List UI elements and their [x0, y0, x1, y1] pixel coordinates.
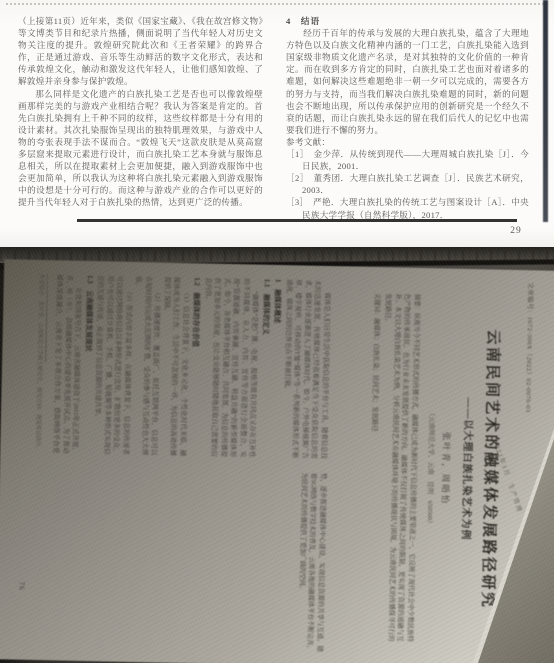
- paragraph: 那么同样是文化遗产的白族扎染工艺是否也可以像敦煌壁画那样完美的与游戏产业相结合呢…: [18, 88, 263, 209]
- footnote-block: 作者简介：张叶青，云南师范大学硕士研究生，研究方向：视觉传达设计。: [33, 274, 48, 459]
- right-margin-bar: [543, 0, 548, 222]
- journal-page-number: 76: [17, 582, 25, 591]
- article-subtitle: ——以大理白族扎染艺术为例: [457, 269, 480, 663]
- screenshot-stage: （上接第11页）近年来，类似《国家宝藏》、《我在故宫修文物》等文博类节目和纪录片…: [0, 0, 554, 663]
- reference-item: ［2］ 董秀团．大理白族扎染工艺调查［J］．民族艺术研究，2003．: [286, 172, 529, 196]
- references-label: 参考文献：: [286, 136, 529, 148]
- section-heading-conclusion: 4 结语: [286, 15, 529, 27]
- scan-left-column: （上接第11页）近年来，类似《国家宝藏》、《我在故宫修文物》等文博类节目和纪录片…: [18, 15, 263, 209]
- reference-item: ［3］ 严艳．大理白族扎染的传统工艺与图案设计［A］．中央民族大学学报（自然科学…: [286, 196, 529, 220]
- footer-rule: [77, 219, 517, 222]
- article-number: 文章编号：1672-300X（2022）02-0076-03: [524, 282, 536, 413]
- paragraph: （3）形式内容丰富多样。在融媒体背景下，信息的传递者可以通过网络将信息以多种形式…: [92, 275, 134, 455]
- paragraph: （上接第11页）近年来，类似《国家宝藏》、《我在故宫修文物》等文博类节目和纪录片…: [18, 15, 263, 88]
- page-number: 29: [501, 226, 531, 236]
- abstract-block: 摘要：纵观当今不同艺术形式的传播方式，融媒体已成为新时代下信息传播的主要渠道之一…: [364, 293, 421, 642]
- abstract-text: 摘要：纵观当今不同艺术形式的传播方式，融媒体已成为新时代下信息传播的主要渠道之一…: [376, 293, 422, 642]
- paragraph: 经历千百年的传承与发展的大理白族扎染，蕴含了大理地方特色以及白族文化精神内涵的一…: [286, 27, 529, 136]
- paragraph: “融媒体”是把广播、电视、报纸等既有共同点又存在互补性的不同媒体，在人力、内容、…: [200, 277, 261, 457]
- scanned-paper-page: （上接第11页）近年来，类似《国家宝藏》、《我在故宫修文物》等文博类节目和纪录片…: [0, 0, 554, 247]
- top-dotted-rule: [6, 3, 548, 5]
- journal-photo: 文章编号：1672-300X（2022）02-0076-03 云南民间艺术的融媒…: [0, 247, 554, 663]
- paragraph: 媒体是人们日常生活中获取信息的平台与工具。随着信息技术的迅速发展，传统媒体已经很…: [281, 279, 332, 459]
- footnote-rule: [45, 274, 48, 362]
- reference-item: ［1］ 金少萍．从传统到现代——大理周城白族扎染［J］．今日民族，2001．: [286, 148, 529, 172]
- scan-right-column: 4 结语 经历千百年的传承与发展的大理白族扎染，蕴含了大理地方特色以及白族文化精…: [286, 15, 529, 221]
- rotated-journal-page: 文章编号：1672-300X（2022）02-0076-03 云南民间艺术的融媒…: [0, 259, 554, 663]
- paragraph: （2）传播速度快、覆盖面广。依托互联网平台，信息可以在短时间内完成大范围的扩散，…: [130, 276, 162, 456]
- footnote-text: 作者简介：张叶青，云南师范大学硕士研究生，研究方向：视觉传达设计。: [33, 274, 45, 459]
- paragraph: （1）信息社会背景下，文化多元化、个性化时代来临，融媒体成为人们工作、生活中不可…: [159, 277, 191, 457]
- body-columns: 媒体是人们日常生活中获取信息的平台与工具。随着信息技术的迅速发展，传统媒体已经很…: [44, 274, 332, 652]
